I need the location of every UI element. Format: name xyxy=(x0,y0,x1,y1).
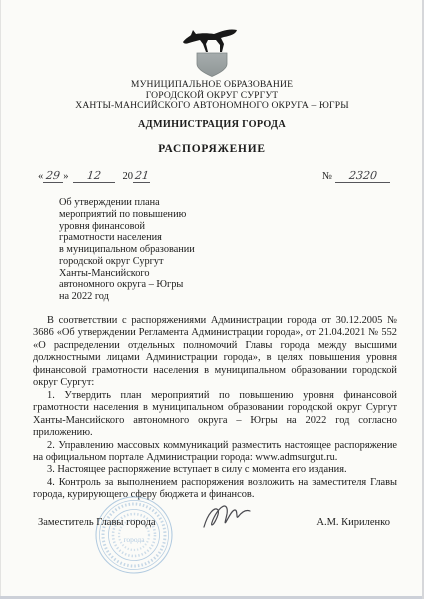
administration-line: АДМИНИСТРАЦИЯ ГОРОДА xyxy=(0,119,424,130)
year-prefix: 20 xyxy=(123,171,134,182)
number-sign: № xyxy=(322,171,332,182)
coat-of-arms-icon xyxy=(180,23,244,79)
date-fields: «29»122021 xyxy=(38,169,150,183)
number-fields: №2320 xyxy=(322,169,390,183)
stamp-center-text: города xyxy=(123,535,145,544)
shield-shape xyxy=(197,53,227,77)
intro-paragraph: В соответствии с распоряжениями Админист… xyxy=(33,315,397,390)
signer-position-title: Заместитель Главы города xyxy=(38,517,156,528)
handwritten-year: 21 xyxy=(134,169,149,182)
subject-block: Об утверждении плана мероприятий по повы… xyxy=(59,197,277,303)
fox-silhouette xyxy=(183,29,237,52)
close-quote: » xyxy=(63,171,68,182)
number-blank: 2320 xyxy=(335,169,390,183)
day-blank: 29 xyxy=(43,169,63,183)
signature-row: Заместитель Главы города А.М. Кириленко xyxy=(38,517,390,528)
handwritten-day: 29 xyxy=(46,169,61,182)
handwritten-month: 12 xyxy=(86,169,101,182)
item-3-paragraph: 3. Настоящее распоряжение вступает в сил… xyxy=(33,464,397,476)
signer-name: А.М. Кириленко xyxy=(316,517,390,528)
municipal-entity-lines: МУНИЦИПАЛЬНОЕ ОБРАЗОВАНИЕ ГОРОДСКОЙ ОКРУ… xyxy=(0,80,424,112)
document-page: МУНИЦИПАЛЬНОЕ ОБРАЗОВАНИЕ ГОРОДСКОЙ ОКРУ… xyxy=(0,0,424,599)
round-stamp-icon: города xyxy=(93,494,175,576)
item-1-paragraph: 1. Утвердить план мероприятий по повышен… xyxy=(33,390,397,440)
item-2-paragraph: 2. Управлению массовых коммуникаций разм… xyxy=(33,440,397,465)
month-blank: 12 xyxy=(73,169,115,183)
year-blank: 21 xyxy=(133,169,150,183)
date-and-number-line: «29»122021 №2320 xyxy=(38,169,390,183)
handwritten-number: 2320 xyxy=(348,169,377,182)
body-text: В соответствии с распоряжениями Админист… xyxy=(33,315,397,502)
document-type-title: РАСПОРЯЖЕНИЕ xyxy=(0,143,424,155)
